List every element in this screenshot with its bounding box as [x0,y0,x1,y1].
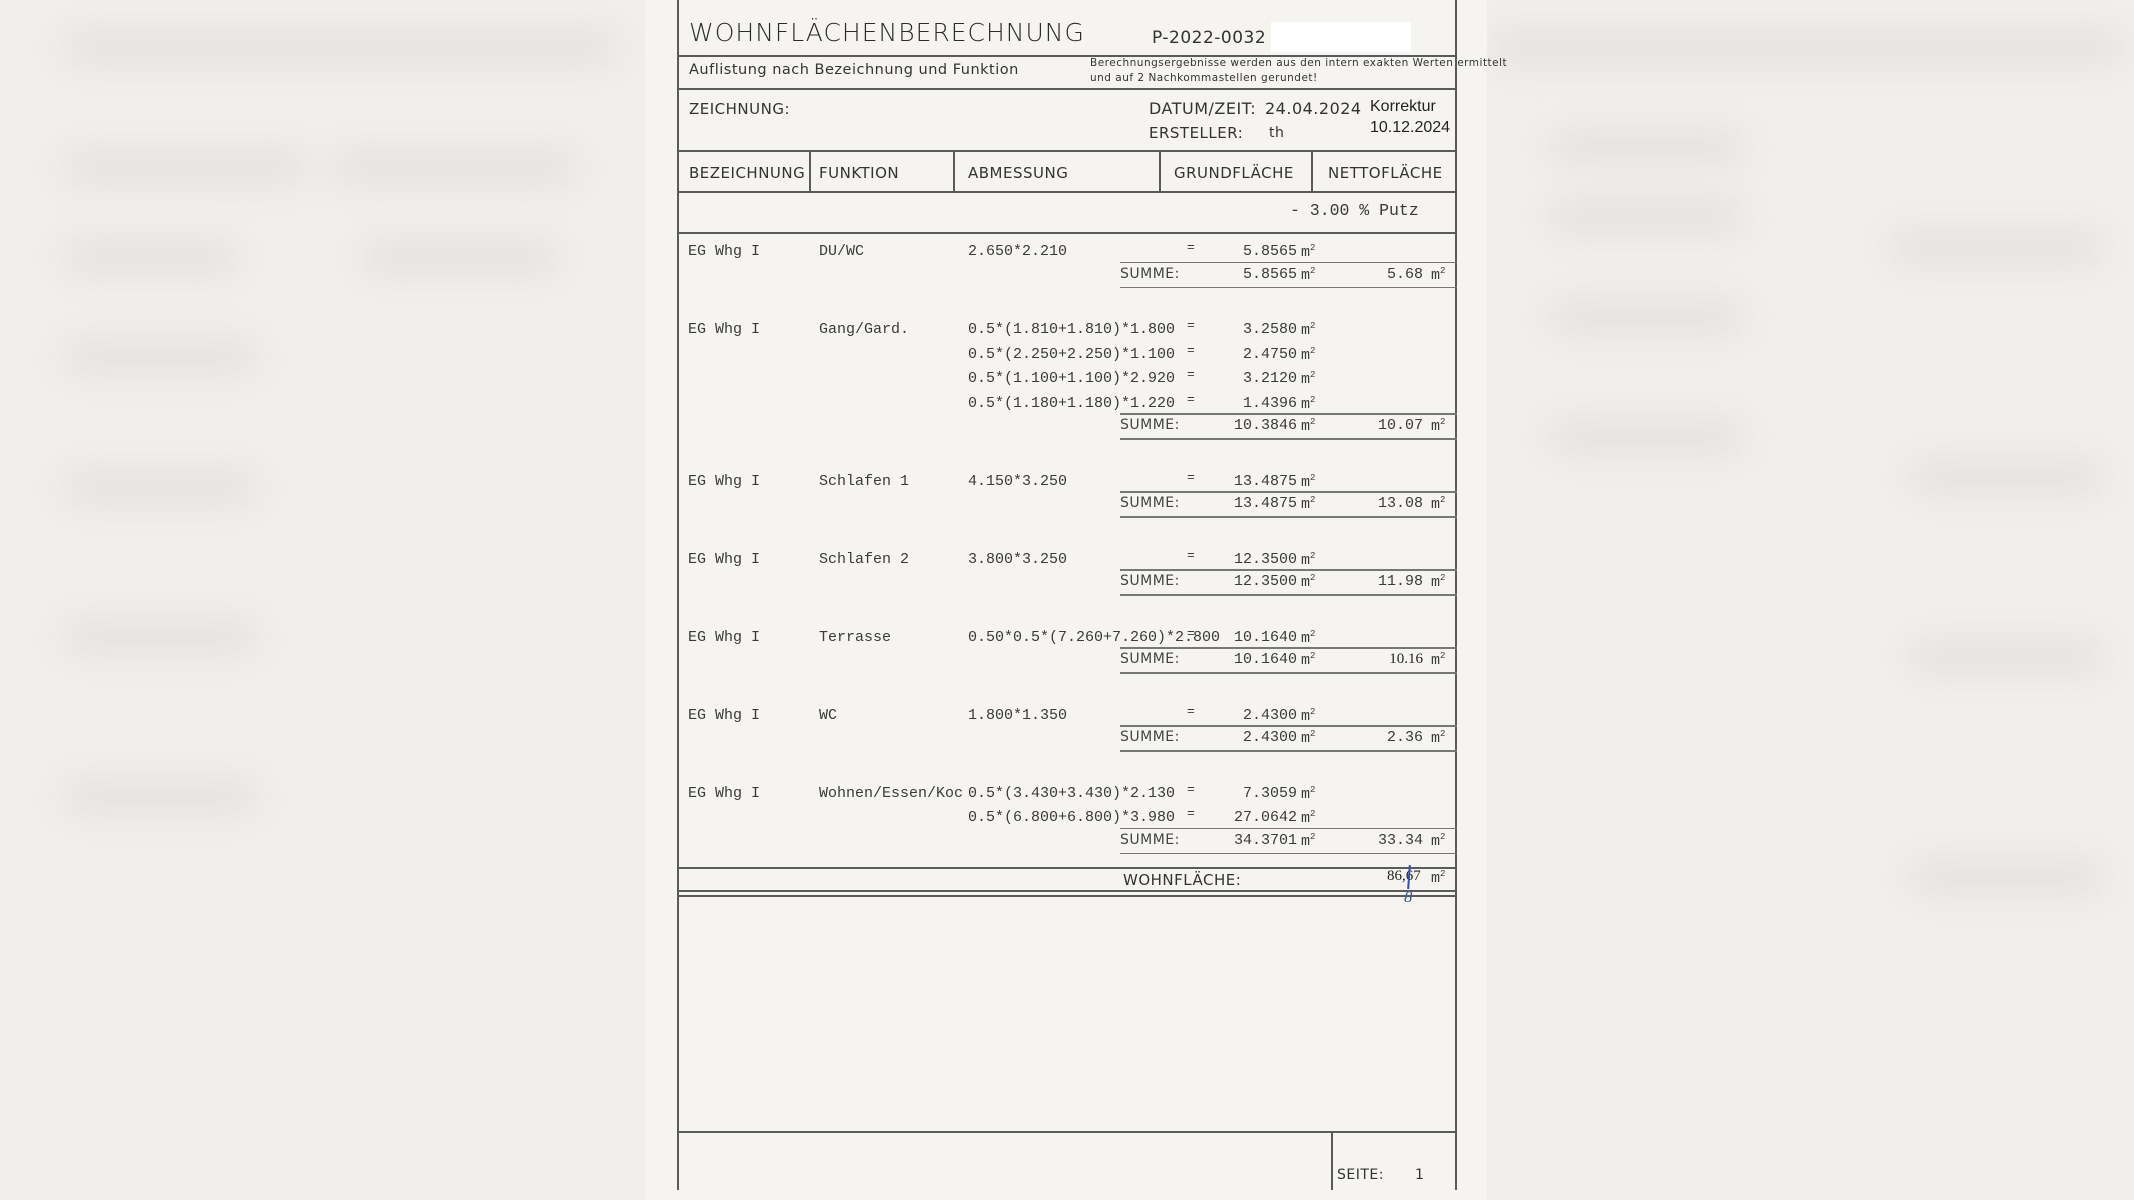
equals-sign: = [1187,318,1195,333]
unit-m2: m2 [1301,243,1315,261]
summe-label: SUMME: [1120,832,1180,848]
wohnflaeche-unit: m2 [1431,869,1445,887]
unit-m2: m2 [1431,729,1445,747]
unit-m2: m2 [1301,321,1315,339]
unit-m2: m2 [1301,395,1315,413]
nettoflaeche-value: 5.68 [1345,266,1423,283]
subtitle: Auflistung nach Bezeichnung und Funktion [689,62,1019,78]
project-number: P-2022-0032 [1152,28,1266,48]
rounding-note-1: Berechnungsergebnisse werden aus den int… [1090,57,1507,69]
blurred-backdrop-right [1487,0,2134,1200]
room-bezeichnung: EG Whg I [688,551,760,568]
room-funktion: Wohnen/Essen/Koc [819,785,963,802]
grundflaeche-value: 2.4300 [1215,707,1297,724]
nettoflaeche-value: 10.16 [1345,651,1423,668]
col-sep [1331,1131,1333,1190]
rule [677,890,1457,892]
unit-m2: m2 [1301,629,1315,647]
rule [677,895,1457,897]
summe-value: 10.1640 [1215,651,1297,668]
unit-m2: m2 [1301,832,1315,850]
seite-label: SEITE: [1337,1167,1384,1183]
seite-value: 1 [1415,1167,1424,1183]
summe-rule [1120,262,1457,264]
rule [677,232,1457,234]
grundflaeche-value: 10.1640 [1215,629,1297,646]
unit-m2: m2 [1301,729,1315,747]
ersteller-label: ERSTELLER: [1149,124,1243,142]
datum-value: 24.04.2024 [1265,99,1362,118]
abmessung-formula: 0.5*(3.430+3.430)*2.130 [968,785,1175,802]
summe-rule [1120,647,1457,649]
border-left [677,0,679,1190]
equals-sign: = [1187,704,1195,719]
putz-deduction-note: - 3.00 % Putz [1290,201,1419,220]
room-bezeichnung: EG Whg I [688,243,760,260]
room-bezeichnung: EG Whg I [688,785,760,802]
summe-value: 34.3701 [1215,832,1297,849]
equals-sign: = [1187,392,1195,407]
summe-rule [1120,287,1457,289]
column-header-abmessung: ABMESSUNG [968,164,1068,182]
room-bezeichnung: EG Whg I [688,321,760,338]
summe-rule [1120,750,1457,752]
unit-m2: m2 [1301,785,1315,803]
summe-rule [1120,569,1457,571]
col-sep [953,150,955,191]
summe-label: SUMME: [1120,417,1180,433]
summe-label: SUMME: [1120,651,1180,667]
unit-m2: m2 [1431,651,1445,669]
summe-label: SUMME: [1120,495,1180,511]
equals-sign: = [1187,548,1195,563]
rule [677,191,1457,193]
unit-m2: m2 [1301,370,1315,388]
summe-label: SUMME: [1120,573,1180,589]
abmessung-formula: 0.5*(1.180+1.180)*1.220 [968,395,1175,412]
equals-sign: = [1187,626,1195,641]
room-funktion: DU/WC [819,243,864,260]
grundflaeche-value: 5.8565 [1215,243,1297,260]
zeichnung-label: ZEICHNUNG: [689,100,790,118]
document-title: WOHNFLÄCHENBERECHNUNG [689,18,1085,47]
equals-sign: = [1187,343,1195,358]
rule [677,1131,1457,1133]
grundflaeche-value: 13.4875 [1215,473,1297,490]
unit-m2: m2 [1301,651,1315,669]
rule [677,150,1457,152]
col-sep [1159,150,1161,191]
abmessung-formula: 3.800*3.250 [968,551,1067,568]
unit-m2: m2 [1301,809,1315,827]
nettoflaeche-value: 10.07 [1345,417,1423,434]
room-funktion: Schlafen 1 [819,473,909,490]
summe-rule [1120,438,1457,440]
nettoflaeche-value: 13.08 [1345,495,1423,512]
column-header-grundflaeche: GRUNDFLÄCHE [1174,164,1294,182]
unit-m2: m2 [1431,495,1445,513]
korrektur-label: Korrektur [1370,98,1436,116]
summe-rule [1120,516,1457,518]
equals-sign: = [1187,782,1195,797]
equals-sign: = [1187,367,1195,382]
grundflaeche-value: 2.4750 [1215,346,1297,363]
unit-m2: m2 [1431,573,1445,591]
unit-m2: m2 [1431,832,1445,850]
unit-m2: m2 [1301,346,1315,364]
korrektur-date: 10.12.2024 [1370,119,1450,137]
abmessung-formula: 0.5*(1.810+1.810)*1.800 [968,321,1175,338]
unit-m2: m2 [1431,417,1445,435]
abmessung-formula: 4.150*3.250 [968,473,1067,490]
unit-m2: m2 [1301,707,1315,725]
room-funktion: Gang/Gard. [819,321,909,338]
grundflaeche-value: 27.0642 [1215,809,1297,826]
room-bezeichnung: EG Whg I [688,629,760,646]
abmessung-formula: 0.5*(2.250+2.250)*1.100 [968,346,1175,363]
blurred-backdrop-left [0,0,645,1200]
unit-m2: m2 [1431,266,1445,284]
room-bezeichnung: EG Whg I [688,707,760,724]
abmessung-formula: 2.650*2.210 [968,243,1067,260]
column-header-funktion: FUNKTION [819,164,899,182]
summe-value: 12.3500 [1215,573,1297,590]
abmessung-formula: 0.5*(1.100+1.100)*2.920 [968,370,1175,387]
room-bezeichnung: EG Whg I [688,473,760,490]
rule [677,867,1457,869]
room-funktion: WC [819,707,837,724]
datum-label: DATUM/ZEIT: [1149,99,1256,118]
nettoflaeche-value: 11.98 [1345,573,1423,590]
col-sep [1311,150,1313,191]
summe-rule [1120,828,1457,830]
ersteller-value: th [1269,125,1284,141]
unit-m2: m2 [1301,495,1315,513]
summe-rule [1120,853,1457,855]
room-funktion: Terrasse [819,629,891,646]
equals-sign: = [1187,240,1195,255]
summe-value: 2.4300 [1215,729,1297,746]
unit-m2: m2 [1301,417,1315,435]
summe-label: SUMME: [1120,266,1180,282]
summe-rule [1120,725,1457,727]
room-funktion: Schlafen 2 [819,551,909,568]
unit-m2: m2 [1301,266,1315,284]
grundflaeche-value: 3.2580 [1215,321,1297,338]
abmessung-formula: 0.5*(6.800+6.800)*3.980 [968,809,1175,826]
summe-rule [1120,413,1457,415]
wohnflaeche-label: WOHNFLÄCHE: [1123,871,1241,889]
grundflaeche-value: 3.2120 [1215,370,1297,387]
summe-rule [1120,594,1457,596]
nettoflaeche-value: 2.36 [1345,729,1423,746]
unit-m2: m2 [1301,473,1315,491]
wohnflaeche-value: 86,67 [1387,868,1421,885]
col-sep [809,150,811,191]
abmessung-formula: 1.800*1.350 [968,707,1067,724]
rule [677,88,1457,90]
column-header-nettoflaeche: NETTOFLÄCHE [1328,164,1443,182]
summe-value: 5.8565 [1215,266,1297,283]
summe-label: SUMME: [1120,729,1180,745]
summe-rule [1120,672,1457,674]
summe-value: 13.4875 [1215,495,1297,512]
summe-rule [1120,491,1457,493]
rounding-note-2: und auf 2 Nachkommastellen gerundet! [1090,72,1318,84]
summe-value: 10.3846 [1215,417,1297,434]
redacted-area [1271,22,1411,52]
equals-sign: = [1187,470,1195,485]
document-page: WOHNFLÄCHENBERECHNUNG P-2022-0032 Auflis… [645,0,1487,1200]
grundflaeche-value: 7.3059 [1215,785,1297,802]
column-header-bezeichnung: BEZEICHNUNG [689,164,805,182]
unit-m2: m2 [1301,573,1315,591]
handwritten-correction: 8 [1404,890,1413,906]
nettoflaeche-value: 33.34 [1345,832,1423,849]
unit-m2: m2 [1301,551,1315,569]
grundflaeche-value: 1.4396 [1215,395,1297,412]
abmessung-formula: 0.50*0.5*(7.260+7.260)*2.800 [968,629,1220,646]
grundflaeche-value: 12.3500 [1215,551,1297,568]
equals-sign: = [1187,806,1195,821]
